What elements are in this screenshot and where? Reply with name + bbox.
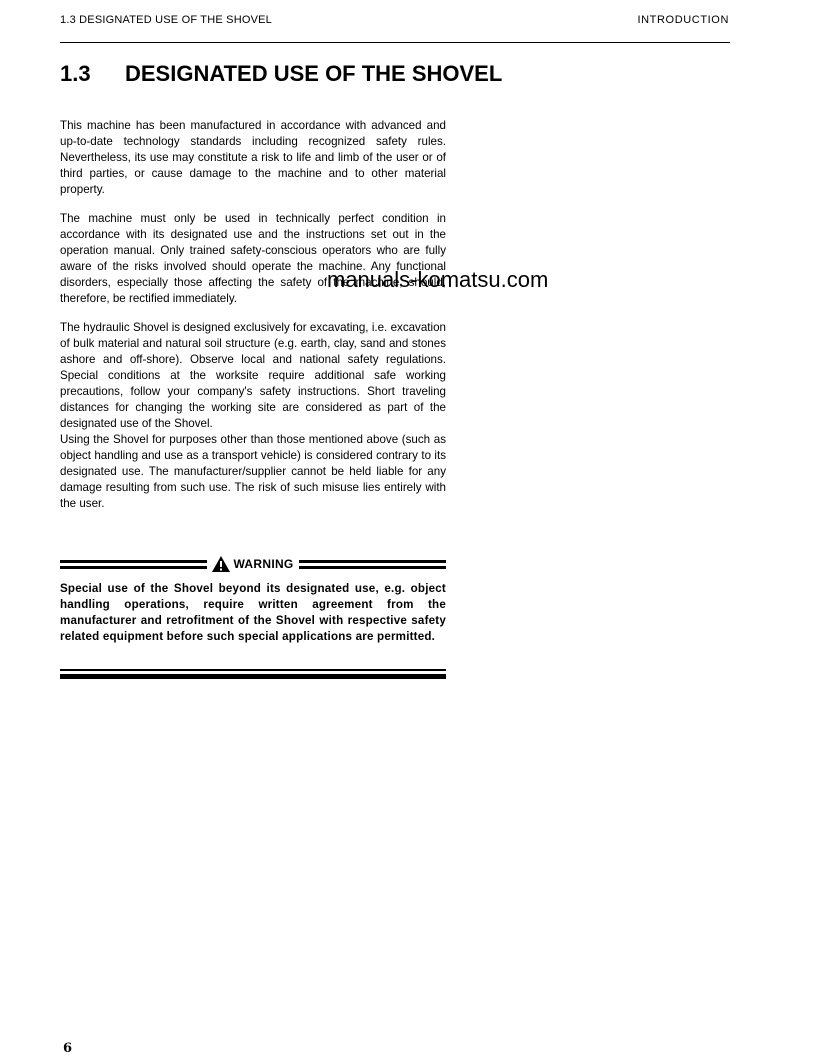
warning-box: WARNING Special use of the Shovel beyond…: [60, 554, 446, 645]
warning-end-rule-thick: [60, 674, 446, 679]
warning-title-row: WARNING: [60, 554, 446, 574]
running-header-chapter: INTRODUCTION: [637, 14, 729, 26]
paragraph-intro: This machine has been manufactured in ac…: [60, 118, 446, 198]
warning-label-text: WARNING: [233, 557, 293, 571]
running-header-section: 1.3 DESIGNATED USE OF THE SHOVEL: [60, 14, 272, 26]
section-heading: 1.3DESIGNATED USE OF THE SHOVEL: [60, 61, 502, 87]
paragraph-designated-use: The hydraulic Shovel is designed exclusi…: [60, 320, 446, 432]
warning-text: Special use of the Shovel beyond its des…: [60, 581, 446, 645]
paragraph-misuse: Using the Shovel for purposes other than…: [60, 432, 446, 512]
warning-left-bars: [60, 560, 207, 569]
section-title: DESIGNATED USE OF THE SHOVEL: [125, 61, 502, 86]
body-text: This machine has been manufactured in ac…: [60, 118, 446, 525]
header-rule: [60, 42, 730, 43]
warning-end-rule-thin: [60, 669, 446, 671]
watermark: manuals-komatsu.com: [327, 267, 548, 293]
warning-label: WARNING: [207, 556, 298, 572]
warning-right-bars: [299, 560, 446, 569]
section-number: 1.3: [60, 61, 125, 87]
page-number: 6: [63, 1041, 72, 1056]
warning-triangle-icon: [212, 556, 230, 572]
